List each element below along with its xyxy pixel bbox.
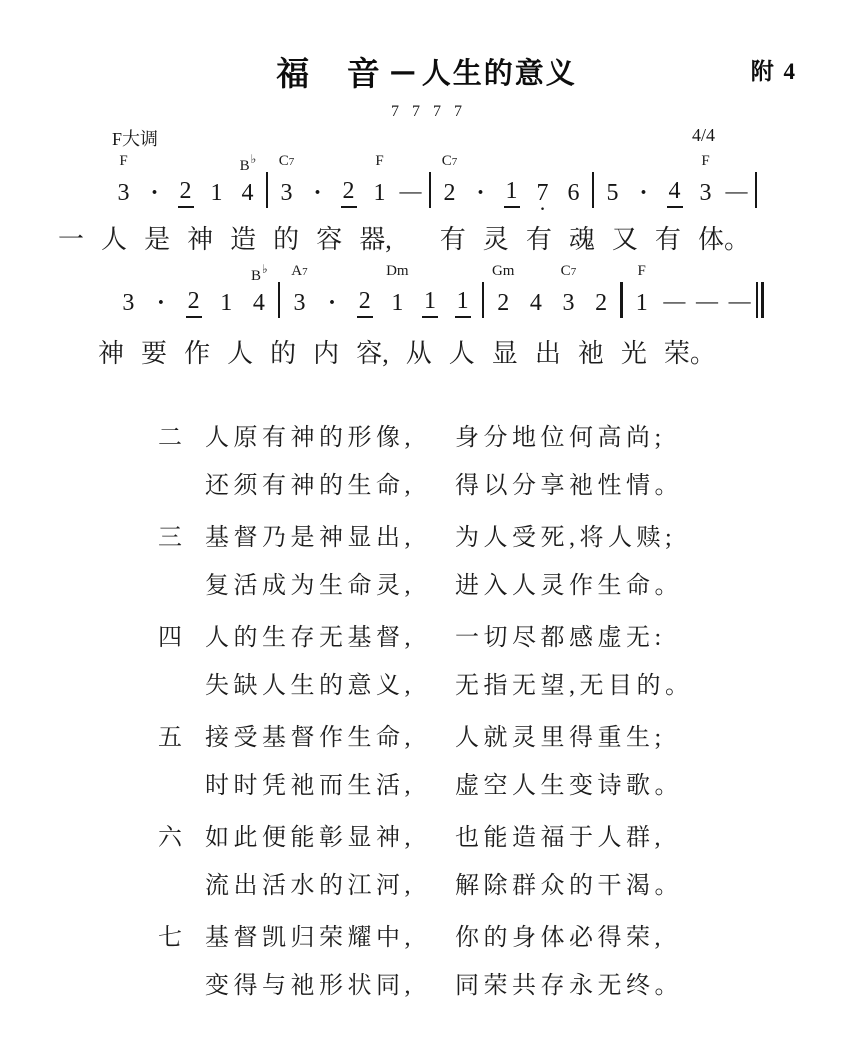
note-token: F1 [364,154,395,208]
verse-number: 二 [158,414,205,462]
verse-line-left: 人原有神的形像, [205,414,455,462]
lyric-syllable: 有 [440,224,466,255]
note-digit: 1 [209,181,225,208]
note-token: C73 [271,154,302,208]
duration-dot: · [311,181,323,208]
chord-label: F [701,154,709,169]
lyric-syllable: 容, [356,338,389,369]
barline [275,264,283,318]
verse-line-right: 得以分享祂性情。 [455,462,695,510]
verse-line-right: 同荣共存永无终。 [455,962,695,1010]
lyric-syllable: 的 [270,338,296,369]
note-token: 7· [527,154,558,208]
duration-dot-token: · [139,154,170,208]
verse-line-right: 也能造福于人群, [455,814,695,862]
lyric-syllable: 荣。 [664,338,716,369]
verse-number: 四 [158,614,205,662]
note-digit: 6 [566,181,582,208]
verse-line-right: 无指无望,无目的。 [455,662,695,710]
lyric-syllable: 有 [655,224,681,255]
verse-line-left: 流出活水的江河, [205,862,455,910]
verse-number [158,962,205,1010]
barline-stroke [756,282,759,318]
verse-line-right: 你的身体必得荣, [455,914,695,962]
note-digit: 1 [218,291,234,318]
hymn-sheet-page: 福 音 — 人生的意义 附 4 7 7 7 7 F大调 4/4 F3·21B♭4… [0,0,853,1064]
note-token: 4 [520,264,553,318]
octave-low-dot: · [540,202,545,218]
verse-line-left: 人的生存无基督, [205,614,455,662]
duration-dash: — [727,290,753,318]
note-token: 1 [446,264,479,318]
note-digit: 2 [341,179,357,208]
duration-dot: · [148,181,160,208]
note-digit: 3 [116,181,132,208]
note-token: F3 [108,154,139,208]
barline-stroke [761,282,764,318]
note-digit: 2 [593,291,609,318]
verse-line-right: 进入人灵作生命。 [455,562,695,610]
verse: 五接受基督作生命,人就灵里得重生;时时凭祂而生活,虚空人生变诗歌。 [158,714,695,810]
duration-dot-token: · [302,154,333,208]
note-digit: 3 [560,291,576,318]
barline-stroke [429,172,432,208]
chord-label: A7 [291,264,307,279]
lyric-syllable: 作 [184,338,210,369]
verse: 六如此便能彰显神,也能造福于人群,流出活水的江河,解除群众的干渴。 [158,814,695,910]
note-token: F1 [625,264,658,318]
barline [589,154,597,208]
verse-line-right: 为人受死,将人赎; [455,514,695,562]
note-digit: 4 [667,179,683,208]
notation-line-2: 3·21B♭4A73·2Dm111Gm24C732F1——— [112,264,764,318]
title-subtitle: 人生的意义 [422,51,577,92]
chord-label: C7 [442,154,458,169]
verse-number: 五 [158,714,205,762]
duration-dot-token: · [628,154,659,208]
lyric-syllable: 神 [187,224,213,255]
lyric-syllable: 要 [141,338,167,369]
chord-label: C7 [279,154,295,169]
note-digit: 4 [240,181,256,208]
chord-label: Dm [386,264,409,279]
note-digit: 2 [178,179,194,208]
note-token: 2 [177,264,210,318]
lyric-syllable: 内 [313,338,339,369]
lyric-syllable: 有 [526,224,552,255]
duration-dash: — [724,180,750,208]
verse-number: 六 [158,814,205,862]
lyric-syllable: 显 [492,338,518,369]
verse-number [158,862,205,910]
notation-line-1: F3·21B♭4C73·2F1—C72·17·65·4F3— [108,154,760,208]
barline [752,154,760,208]
verse-number: 三 [158,514,205,562]
verse-number: 七 [158,914,205,962]
verse-line-left: 如此便能彰显神, [205,814,455,862]
chord-label: C7 [561,264,577,279]
barline-stroke [266,172,269,208]
verse-line-left: 失缺人生的意义, [205,662,455,710]
verse: 二人原有神的形像,身分地位何高尚;还须有神的生命,得以分享祂性情。 [158,414,695,510]
note-digit: 4 [251,291,267,318]
note-digit: 1 [422,289,438,318]
verse: 四人的生存无基督,一切尽都感虚无:失缺人生的意义,无指无望,无目的。 [158,614,695,710]
chord-label: F [119,154,127,169]
verse-line-right: 身分地位何高尚; [455,414,695,462]
verse-number [158,662,205,710]
barline-stroke [482,282,485,318]
barline-stroke [755,172,758,208]
chord-label: B♭ [251,264,267,284]
chord-label: Gm [492,264,515,279]
appendix-number-label: 附 4 [751,53,795,86]
note-token: Gm2 [487,264,520,318]
lyric-syllable: 光 [621,338,647,369]
title-dash: — [390,59,416,85]
note-token: 5 [597,154,628,208]
title-main: 福 音 [276,48,380,95]
verse-line-left: 接受基督作生命, [205,714,455,762]
verse: 七基督凯归荣耀中,你的身体必得荣,变得与祂形状同,同荣共存永无终。 [158,914,695,1010]
note-token: 1 [414,264,447,318]
lyric-syllable: 人 [101,224,127,255]
lyric-syllable: 是 [144,224,170,255]
verse: 三基督乃是神显出,为人受死,将人赎;复活成为生命灵,进入人灵作生命。 [158,514,695,610]
verse-number [158,762,205,810]
note-digit: 3 [698,181,714,208]
lyric-syllable: 一 [58,224,84,255]
lyric-syllable: 人 [227,338,253,369]
note-digit: 1 [504,179,520,208]
barline [479,264,487,318]
lyric-syllable: 的 [273,224,299,255]
note-digit: 3 [279,181,295,208]
duration-dot-token: · [316,264,349,318]
hymn-meter: 7 7 7 7 [0,103,853,121]
note-digit: 1 [389,291,405,318]
note-token: B♭4 [243,264,276,318]
verse-line-left: 变得与祂形状同, [205,962,455,1010]
lyric-syllable: 从 [406,338,432,369]
note-digit: 3 [291,291,307,318]
note-token: C72 [434,154,465,208]
duration-dash-token: — [721,154,752,208]
note-token: 4 [659,154,690,208]
duration-dot: · [637,181,649,208]
note-token: B♭4 [232,154,263,208]
lyric-syllable: 出 [535,338,561,369]
barline-stroke [620,282,623,318]
page-title: 福 音 — 人生的意义 [0,48,853,95]
note-digit: 5 [605,181,621,208]
chord-label: F [638,264,646,279]
duration-dot: · [326,291,338,318]
verse-line-left: 还须有神的生命, [205,462,455,510]
note-digit: 2 [357,289,373,318]
duration-dash-token: — [723,264,756,318]
lyric-line-2: 神要作人的内容,从人显出祂光荣。 [98,338,716,369]
verse-line-right: 解除群众的干渴。 [455,862,695,910]
note-digit: 3 [120,291,136,318]
barline [263,154,271,208]
note-token: 1 [210,264,243,318]
note-token: C73 [552,264,585,318]
chord-label: B♭ [240,154,256,174]
lyric-syllable: 造 [230,224,256,255]
duration-dash-token: — [691,264,724,318]
note-digit: 4 [528,291,544,318]
barline-stroke [592,172,595,208]
verse-number [158,462,205,510]
note-digit: 1 [372,181,388,208]
note-token: 1 [201,154,232,208]
note-digit: 2 [186,289,202,318]
duration-dot-token: · [465,154,496,208]
note-token: 3 [112,264,145,318]
chord-label: F [375,154,383,169]
key-signature-label: F大调 [112,125,158,151]
stanza-list: 二人原有神的形像,身分地位何高尚;还须有神的生命,得以分享祂性情。三基督乃是神显… [158,414,695,1014]
note-digit: 1 [634,291,650,318]
duration-dash: — [661,290,687,318]
lyric-syllable: 祂 [578,338,604,369]
duration-dash-token: — [395,154,426,208]
note-digit: 1 [455,289,471,318]
duration-dot: · [155,291,167,318]
verse-line-left: 基督乃是神显出, [205,514,455,562]
duration-dash-token: — [658,264,691,318]
verse-line-right: 人就灵里得重生; [455,714,695,762]
note-token: 2 [585,264,618,318]
verse-line-left: 时时凭祂而生活, [205,762,455,810]
note-token: 2 [170,154,201,208]
note-token: A73 [283,264,316,318]
lyric-syllable: 人 [449,338,475,369]
note-token: Dm1 [381,264,414,318]
note-token: 2 [333,154,364,208]
lyric-syllable: 魂 [569,224,595,255]
lyric-syllable: 神 [98,338,124,369]
note-digit: 2 [495,291,511,318]
verse-line-right: 一切尽都感虚无: [455,614,695,662]
lyric-syllable: 灵 [483,224,509,255]
note-digit: 2 [442,181,458,208]
lyric-syllable: 体。 [698,224,750,255]
barline [426,154,434,208]
lyric-syllable: 容 [316,224,342,255]
verse-line-left: 基督凯归荣耀中, [205,914,455,962]
note-token: F3 [690,154,721,208]
lyric-syllable: 又 [612,224,638,255]
time-signature-label: 4/4 [692,125,715,146]
verse-number [158,562,205,610]
double-barline [756,264,764,318]
lyric-line-1: 一人是神造的容器,有灵有魂又有体。 [58,224,750,255]
duration-dot: · [474,181,486,208]
note-token: 1 [496,154,527,208]
lyric-syllable: 器, [359,224,392,255]
note-token: 2 [348,264,381,318]
verse-line-right: 虚空人生变诗歌。 [455,762,695,810]
barline [617,264,625,318]
note-token: 6 [558,154,589,208]
duration-dot-token: · [145,264,178,318]
duration-dash: — [398,180,424,208]
verse-line-left: 复活成为生命灵, [205,562,455,610]
barline-stroke [278,282,281,318]
duration-dash: — [694,290,720,318]
